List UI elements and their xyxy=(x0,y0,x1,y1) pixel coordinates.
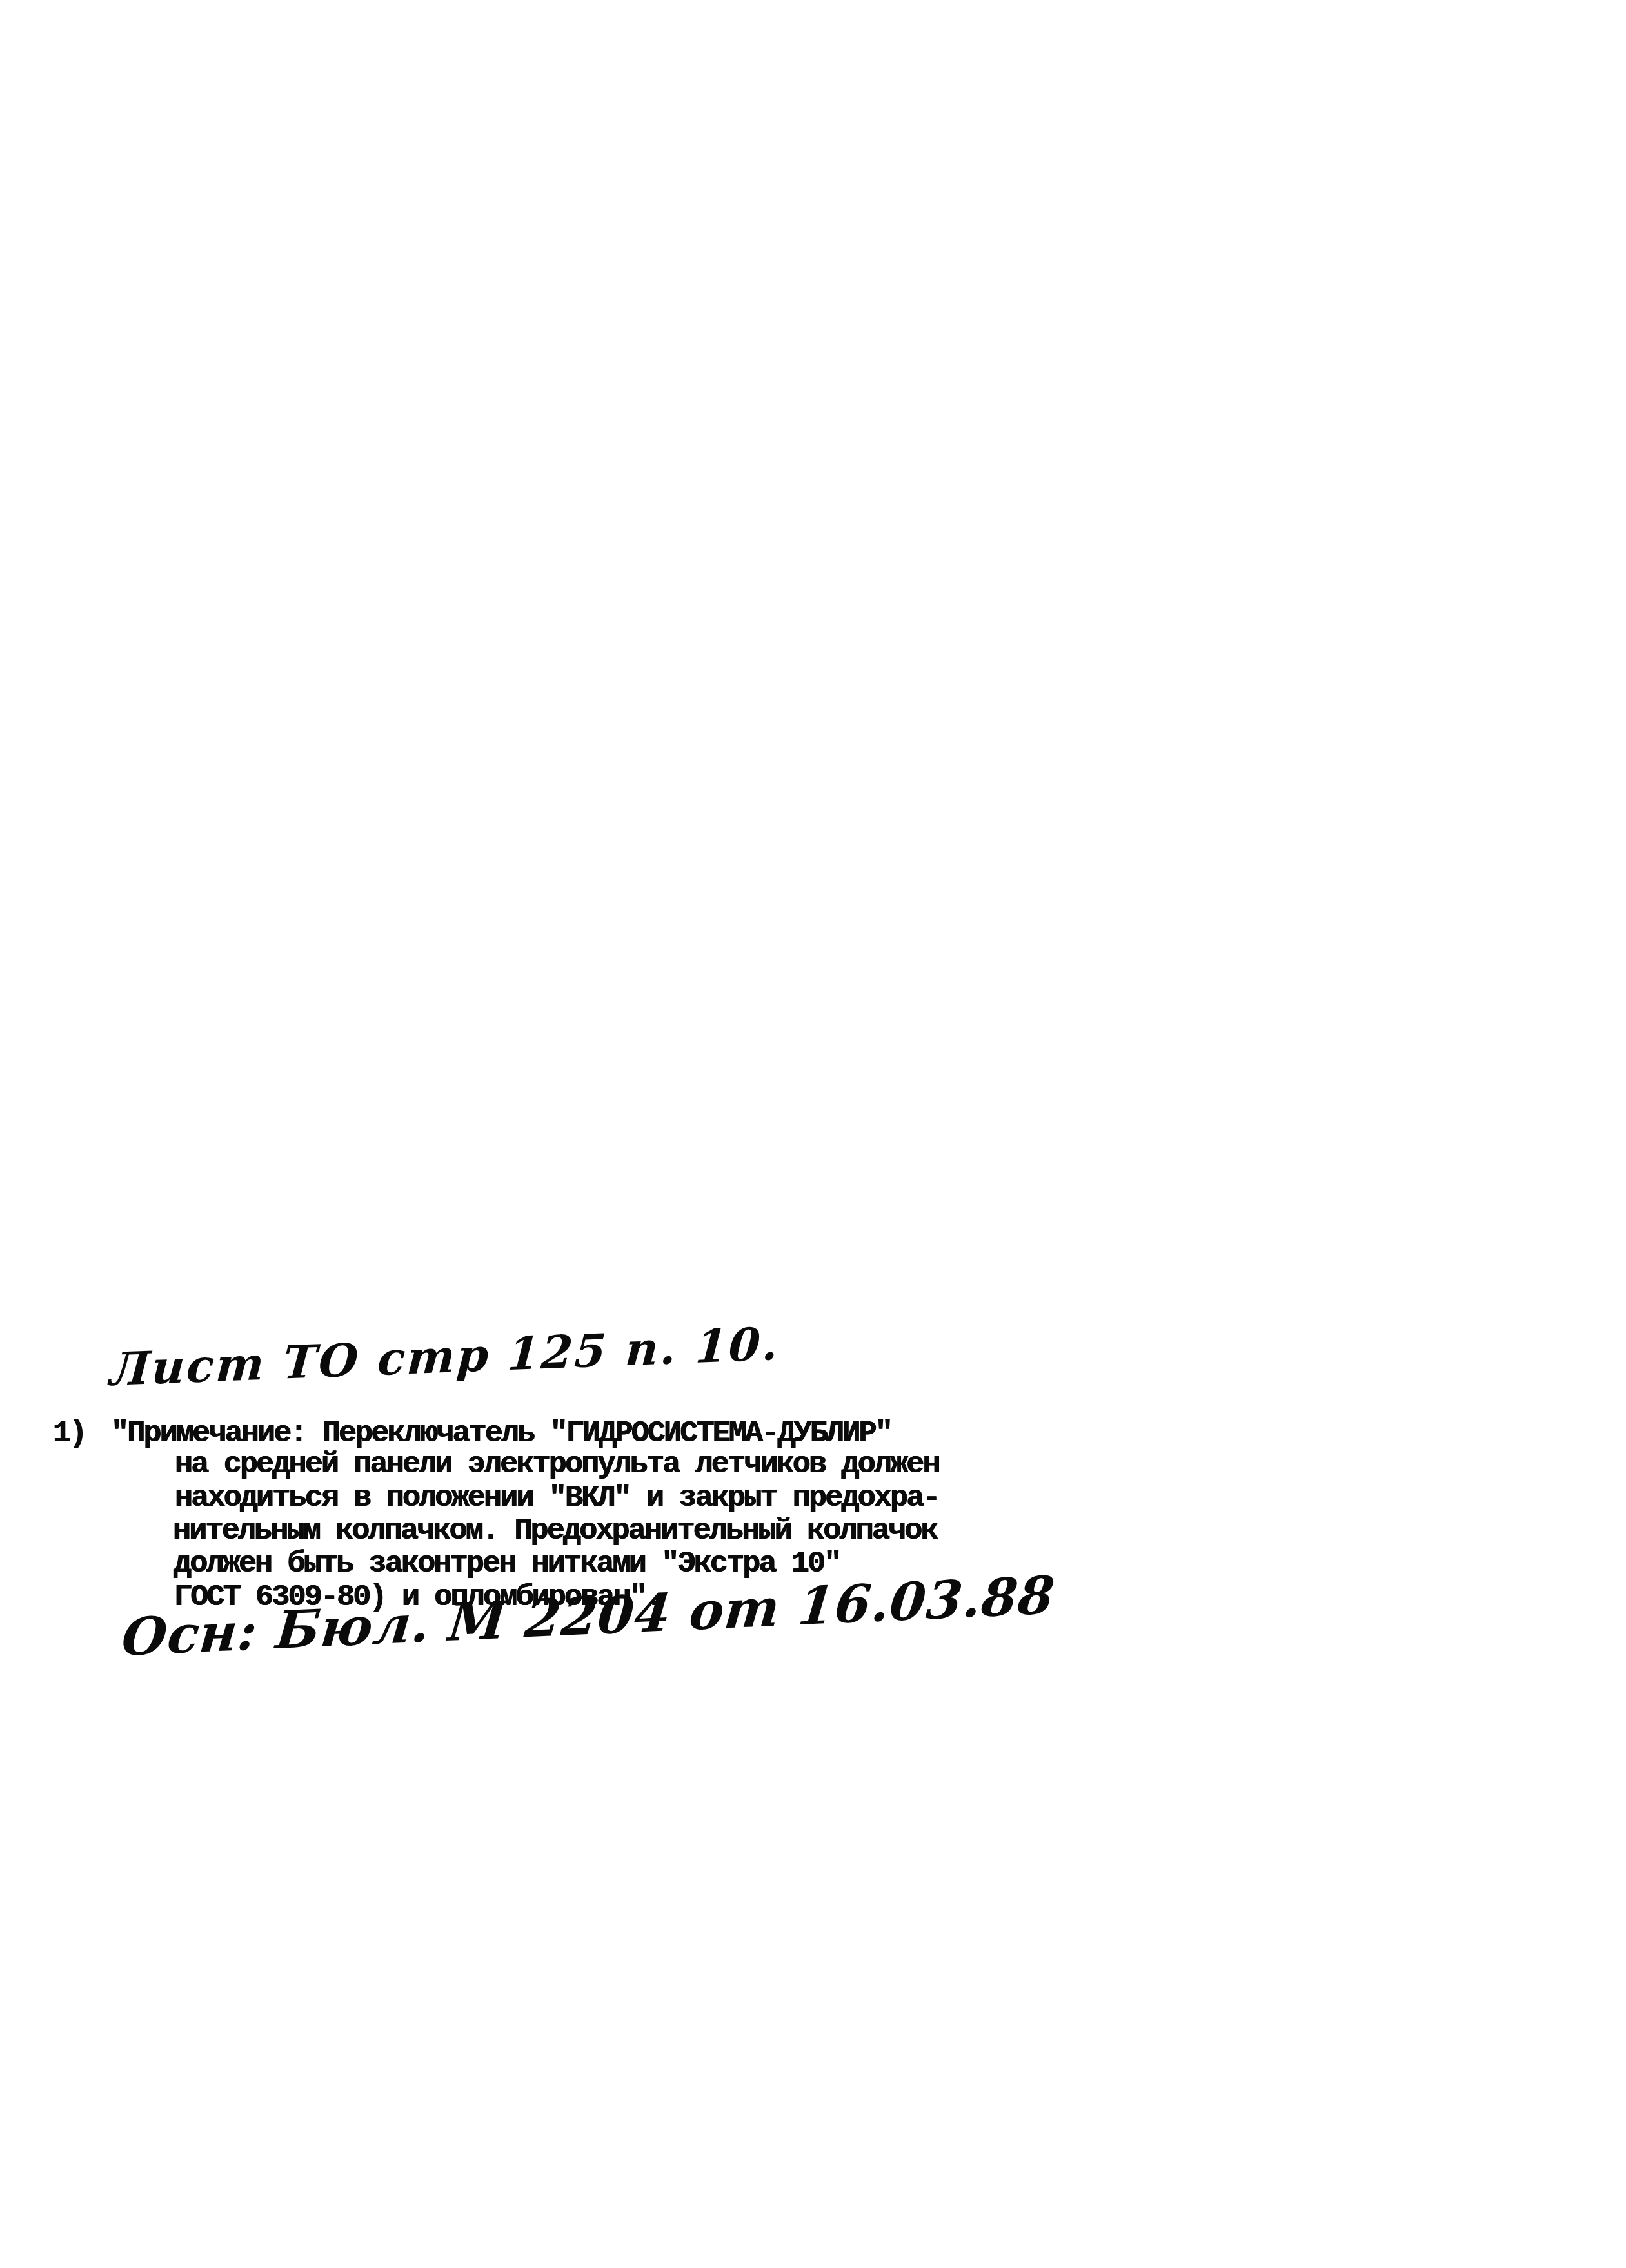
typed-note-line: нительным колпачком. Предохранительный к… xyxy=(173,1515,937,1548)
note-item-marker: 1) xyxy=(53,1417,85,1450)
handwritten-reference-note: Лист ТО стр 125 п. 10. xyxy=(108,1317,782,1396)
typed-note-line: находиться в положении "ВКЛ" и закрыт пр… xyxy=(175,1482,939,1515)
typed-note-line: на средней панели электропульта летчиков… xyxy=(175,1448,939,1481)
typed-note-line: "Примечание: Переключатель "ГИДРОСИСТЕМА… xyxy=(111,1417,891,1450)
typed-note-line: должен быть законтрен нитками "Экстра 10… xyxy=(174,1548,840,1581)
scanned-document-page: Лист ТО стр 125 п. 10. 1) "Примечание: П… xyxy=(0,0,1626,2268)
